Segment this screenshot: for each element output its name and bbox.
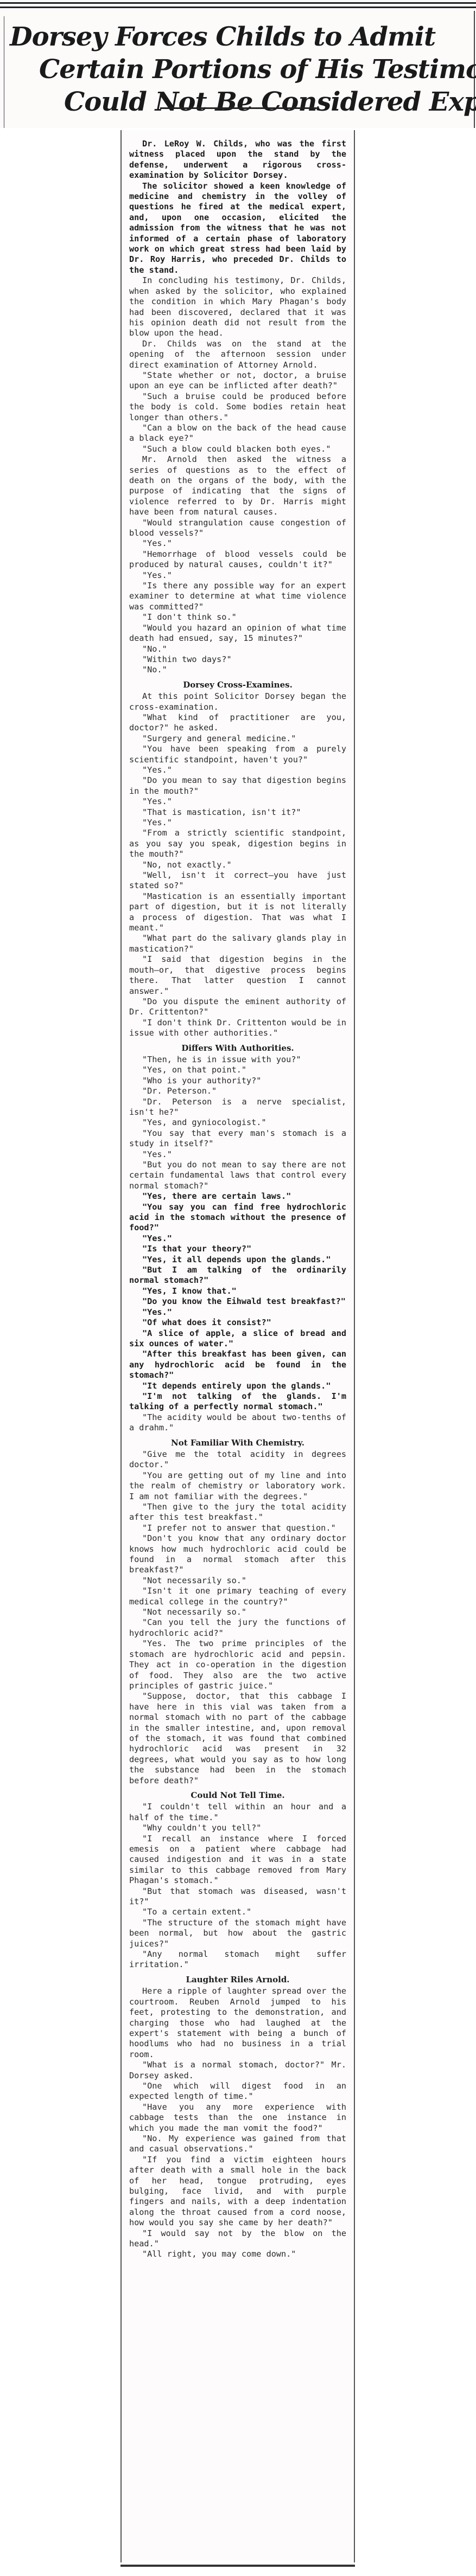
paragraph: "Such a blow could blacken both eyes." [129,444,346,454]
paragraph: "Can a blow on the back of the head caus… [129,423,346,444]
paragraph: "Yes. The two prime principles of the st… [129,1639,346,1691]
paragraph: "Not necessarily so." [129,1576,346,1586]
paragraph: "I couldn't tell within an hour and a ha… [129,1802,346,1823]
paragraph: "Give me the total acidity in degrees do… [129,1449,346,1470]
paragraph: "Yes." [129,1307,346,1318]
paragraph: "Would you hazard an opinion of what tim… [129,623,346,644]
paragraph: "Yes." [129,765,346,775]
subheading: Laughter Riles Arnold. [129,1975,346,1985]
paragraph: "But you do not mean to say there are no… [129,1160,346,1191]
paragraph: "I would say not by the blow on the head… [129,2228,346,2250]
headline-line-3: Could Not Be Considered Expert [0,86,476,118]
paragraph: Here a ripple of laughter spread over th… [129,1986,346,2060]
paragraph: "Yes." [129,570,346,581]
paragraph: "Then give to the jury the total acidity… [129,1502,346,1523]
paragraph: "State whether or not, doctor, a bruise … [129,370,346,391]
paragraph: "Is there any possible way for an expert… [129,581,346,612]
paragraph: The solicitor showed a keen knowledge of… [129,181,346,276]
headline-line-2: Certain Portions of His Testimony [0,53,476,86]
paragraph: "I said that digestion begins in the mou… [129,954,346,997]
paragraph: "No." [129,644,346,654]
paragraph: "Not necessarily so." [129,1607,346,1617]
headline-divider [160,107,318,109]
subheading: Could Not Tell Time. [129,1790,346,1801]
paragraph: "Yes." [129,1149,346,1160]
paragraph: "Don't you know that any ordinary doctor… [129,1533,346,1576]
paragraph: "What kind of practitioner are you, doct… [129,712,346,734]
paragraph: "Dr. Peterson." [129,1086,346,1096]
paragraph: "Yes, and gyniocologist." [129,1117,346,1128]
paragraph: "Do you dispute the eminent authority of… [129,997,346,1018]
paragraph: "One which will digest food in an expect… [129,2081,346,2102]
paragraph: "A slice of apple, a slice of bread and … [129,1328,346,1350]
paragraph: "Hemorrhage of blood vessels could be pr… [129,549,346,570]
paragraph: "Mastication is an essentially important… [129,891,346,934]
paragraph: "Isn't it one primary teaching of every … [129,1586,346,1607]
paragraph: "To a certain extent." [129,1907,346,1917]
paragraph: "But I am talking of the ordinarily norm… [129,1265,346,1286]
paragraph: "Within two days?" [129,654,346,665]
headline-line-1: Dorsey Forces Childs to Admit [0,21,476,53]
paragraph: "Yes, it all depends upon the glands." [129,1255,346,1265]
paragraph: "Can you tell the jury the functions of … [129,1617,346,1639]
paragraph: "That is mastication, isn't it?" [129,807,346,818]
paragraph: Dr. Childs was on the stand at the openi… [129,339,346,370]
paragraph: "Do you mean to say that digestion begin… [129,775,346,796]
subheading: Differs With Authorities. [129,1043,346,1053]
paragraph: At this point Solicitor Dorsey began the… [129,691,346,712]
paragraph: "Who is your authority?" [129,1076,346,1086]
paragraph: "Is that your theory?" [129,1244,346,1254]
paragraph: "From a strictly scientific standpoint, … [129,828,346,859]
paragraph: In concluding his testimony, Dr. Childs,… [129,275,346,338]
paragraph: "Yes." [129,538,346,549]
paragraph: "You have been speaking from a purely sc… [129,744,346,765]
paragraph: "Yes, there are certain laws." [129,1191,346,1202]
paragraph: "Then, he is in issue with you?" [129,1055,346,1065]
paragraph: "I'm not talking of the glands. I'm talk… [129,1391,346,1412]
subheading: Dorsey Cross-Examines. [129,680,346,690]
paragraph: "Of what does it consist?" [129,1318,346,1328]
paragraph: "Yes." [129,796,346,807]
paragraph: "I prefer not to answer that question." [129,1523,346,1533]
paragraph: "Yes." [129,1234,346,1244]
paragraph: "What part do the salivary glands play i… [129,933,346,954]
bottom-rule [120,2565,355,2567]
paragraph: "The acidity would be about two-tenths o… [129,1412,346,1434]
paragraph: "Have you any more experience with cabba… [129,2102,346,2134]
paragraph: "After this breakfast has been given, ca… [129,1349,346,1380]
top-rule [0,2,476,4]
subheading: Not Familiar With Chemistry. [129,1438,346,1448]
paragraph: "Yes." [129,818,346,828]
paragraph: "Suppose, doctor, that this cabbage I ha… [129,1691,346,1786]
paragraph: "I don't think so." [129,612,346,622]
paragraph: "What is a normal stomach, doctor?" Mr. … [129,2060,346,2081]
paragraph: "You say you can find free hydrochloric … [129,1202,346,1234]
paragraph: "Any normal stomach might suffer irritat… [129,1949,346,1970]
paragraph: "All right, you may come down." [129,2249,346,2259]
paragraph: "If you find a victim eighteen hours aft… [129,2155,346,2228]
paragraph: "Yes, I know that." [129,1286,346,1296]
paragraph: "It depends entirely upon the glands." [129,1381,346,1391]
paragraph: "Such a bruise could be produced before … [129,391,346,423]
paragraph: "Surgery and general medicine." [129,734,346,744]
paragraph: "I recall an instance where I forced eme… [129,1834,346,1886]
paragraph: "I don't think Dr. Crittenton would be i… [129,1018,346,1039]
paragraph: "Well, isn't it correct—you have just st… [129,870,346,891]
paragraph: "But that stomach was diseased, wasn't i… [129,1886,346,1907]
paragraph: Dr. LeRoy W. Childs, who was the first w… [129,139,346,181]
paragraph: "Why couldn't you tell?" [129,1823,346,1833]
paragraph: "Would strangulation cause congestion of… [129,518,346,539]
paragraph: "You say that every man's stomach is a s… [129,1128,346,1149]
headline: Dorsey Forces Childs to Admit Certain Po… [0,21,476,118]
paragraph: "Do you know the Eihwald test breakfast?… [129,1296,346,1307]
paragraph: "Yes, on that point." [129,1065,346,1075]
paragraph: "Dr. Peterson is a nerve specialist, isn… [129,1097,346,1118]
paragraph: "You are getting out of my line and into… [129,1470,346,1502]
paragraph: "No, not exactly." [129,860,346,870]
paragraph: "The structure of the stomach might have… [129,1918,346,1949]
article-column: Dr. LeRoy W. Childs, who was the first w… [120,130,355,2562]
paragraph: Mr. Arnold then asked the witness a seri… [129,454,346,517]
top-rule-inner [0,7,476,8]
headline-block: Dorsey Forces Childs to Admit Certain Po… [0,0,476,128]
paragraph: "No. My experience was gained from that … [129,2134,346,2155]
paragraph: "No." [129,665,346,675]
